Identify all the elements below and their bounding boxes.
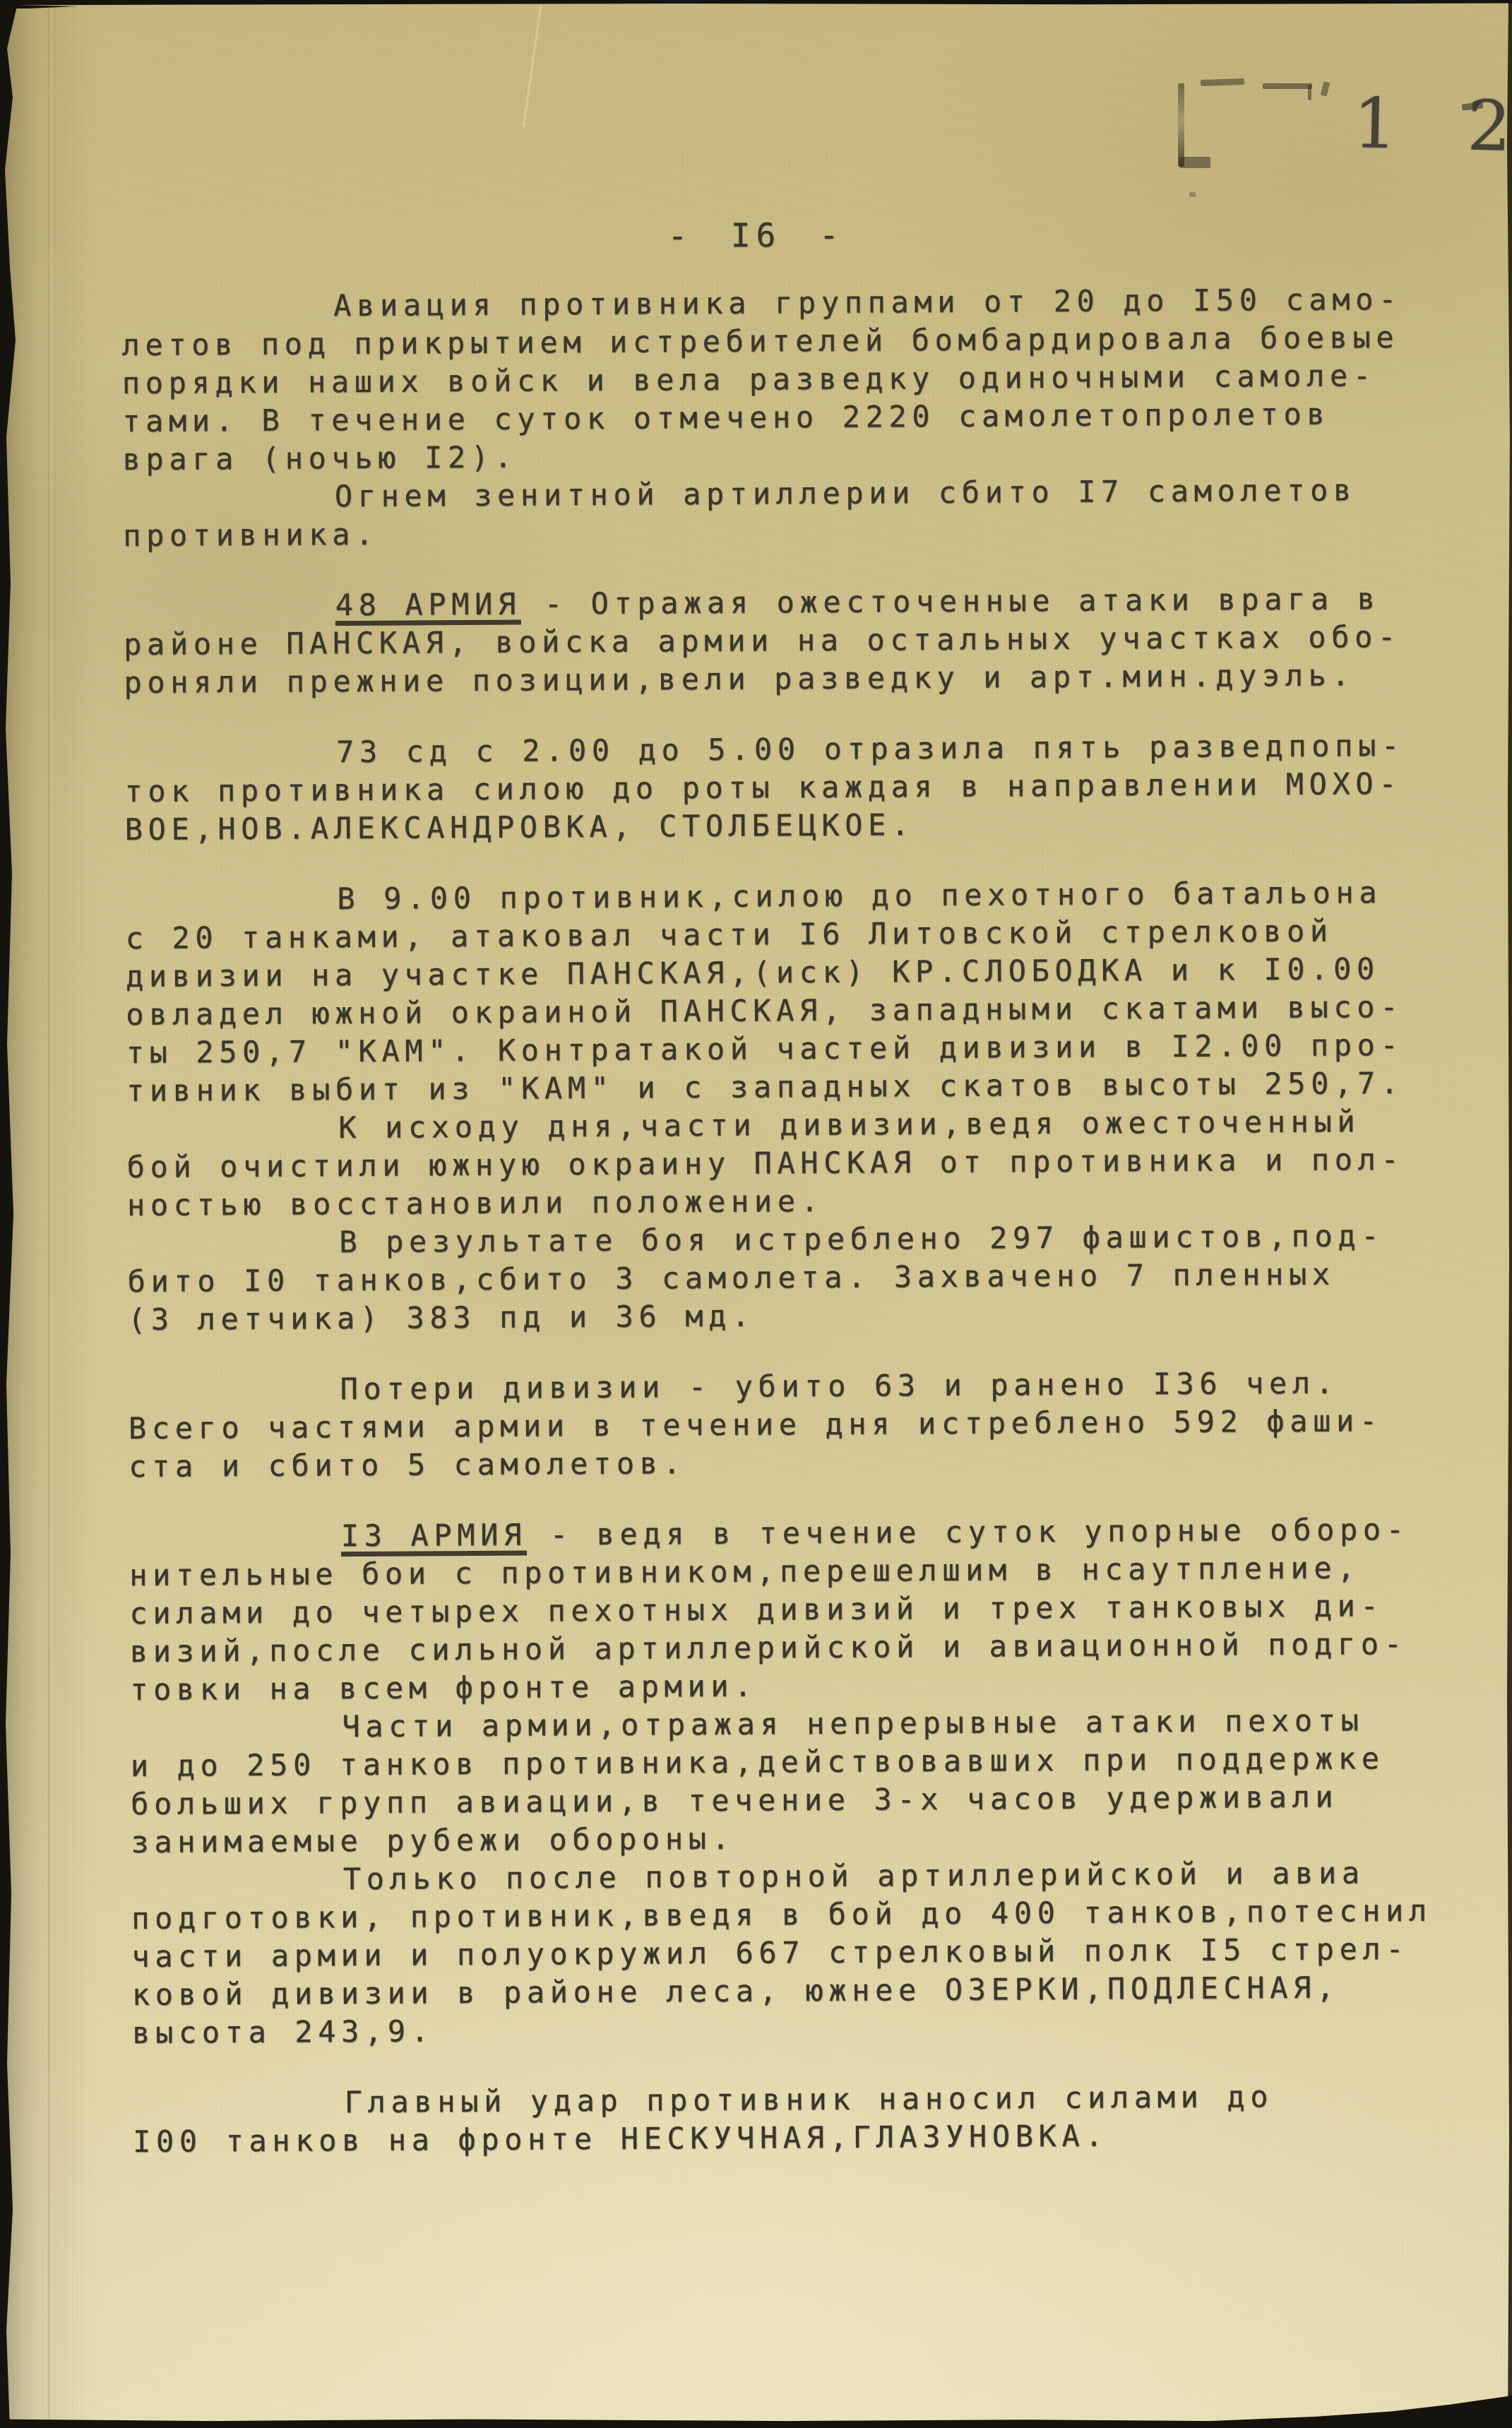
paragraph: Главный удар противник наносил силами до… [133, 2076, 1468, 2161]
paragraph: Потери дивизии - убито 63 и ранено I36 ч… [128, 1363, 1463, 1486]
vertical-fold-crease [48, 0, 52, 2428]
typed-text: Авиация противника группами от 20 до I50… [121, 280, 1468, 2160]
paragraph: Авиация противника группами от 20 до I50… [121, 280, 1458, 479]
typewritten-line: Огнем зенитной артиллерии сбито I7 самол… [123, 470, 1458, 517]
underlined-army-heading: I3 АРМИЯ [341, 1518, 527, 1557]
typed-page-number-header: - I6 - [0, 212, 1512, 258]
paragraph: 73 сд с 2.00 до 5.00 отразила пять разве… [124, 726, 1460, 849]
paragraph: В результате боя истреблено 297 фашистов… [127, 1216, 1463, 1339]
scan-right-edge [1506, 0, 1512, 2428]
stamp-tick [1308, 85, 1311, 100]
paragraph: 48 АРМИЯ - Отражая ожесточенные атаки вр… [124, 579, 1459, 702]
typewritten-line: ковой дивизии в районе леса, южнее ОЗЕРК… [132, 1968, 1467, 2014]
paragraph: К исходу дня,части дивизии,ведя ожесточе… [126, 1102, 1462, 1225]
paragraph: В 9.00 противник,силою до пехотного бата… [125, 873, 1461, 1110]
scan-bottom-edge [0, 2384, 1512, 2428]
typewritten-line: ток противника силою до роты каждая в на… [124, 764, 1459, 811]
typewritten-line: Главный удар противник наносил силами до [133, 2076, 1468, 2123]
typewritten-line: ВОЕ,НОВ.АЛЕКСАНДРОВКА, СТОЛБЕЦКОЕ. [125, 802, 1460, 849]
typewritten-line: бито I0 танков,сбито 3 самолета. Захваче… [127, 1254, 1462, 1301]
underlined-army-heading: 48 АРМИЯ [335, 587, 521, 626]
typewritten-line: (3 летчика) 383 пд и 36 мд. [128, 1292, 1463, 1339]
typewritten-line: визий,после сильной артиллерийской и ави… [130, 1624, 1465, 1671]
paragraph: Только после повторной артиллерийской и … [131, 1853, 1468, 2052]
paragraph: I3 АРМИЯ - ведя в течение суток упорные … [129, 1510, 1465, 1709]
paper-crack [523, 5, 542, 128]
stamp-top-dash [1201, 78, 1244, 86]
paragraph: Огнем зенитной артиллерии сбито I7 самол… [123, 470, 1458, 555]
paragraph: Части армии,отражая непрерывные атаки пе… [130, 1701, 1465, 1862]
typewritten-line: больших групп авиации,в течение 3-х часо… [131, 1777, 1465, 1823]
scanned-document-page: 1 2 - I6 - Авиация противника группами о… [0, 0, 1512, 2428]
typewritten-line: противника. [123, 508, 1458, 555]
typewritten-line: роняли прежние позиции,вели разведку и а… [124, 655, 1458, 702]
stamp-corner-blob [1179, 157, 1210, 168]
typewritten-line: бой очистили южную окраину ПАНСКАЯ от пр… [126, 1140, 1461, 1186]
scan-top-edge [0, 0, 1512, 8]
typewritten-line: I00 танков на фронте НЕСКУЧНАЯ,ГЛАЗУНОВК… [133, 2114, 1468, 2161]
page-number-pencil: 1 2 [1352, 88, 1512, 162]
torn-left-edge [0, 0, 20, 2428]
typewritten-line: тами. В течение суток отмечено 2220 само… [122, 394, 1457, 441]
typewritten-line: ста и сбито 5 самолетов. [129, 1439, 1463, 1486]
stamp-mark [1321, 81, 1331, 97]
stamp-fragment [1172, 73, 1349, 179]
stamp-left-edge [1178, 83, 1184, 167]
stamp-top-dash [1263, 83, 1312, 89]
typewritten-line: высота 243,9. [132, 2006, 1467, 2052]
left-edge-shadow [0, 0, 40, 2428]
ink-dot [1189, 192, 1196, 197]
typewritten-line: Всего частями армии в течение дня истреб… [129, 1401, 1463, 1448]
